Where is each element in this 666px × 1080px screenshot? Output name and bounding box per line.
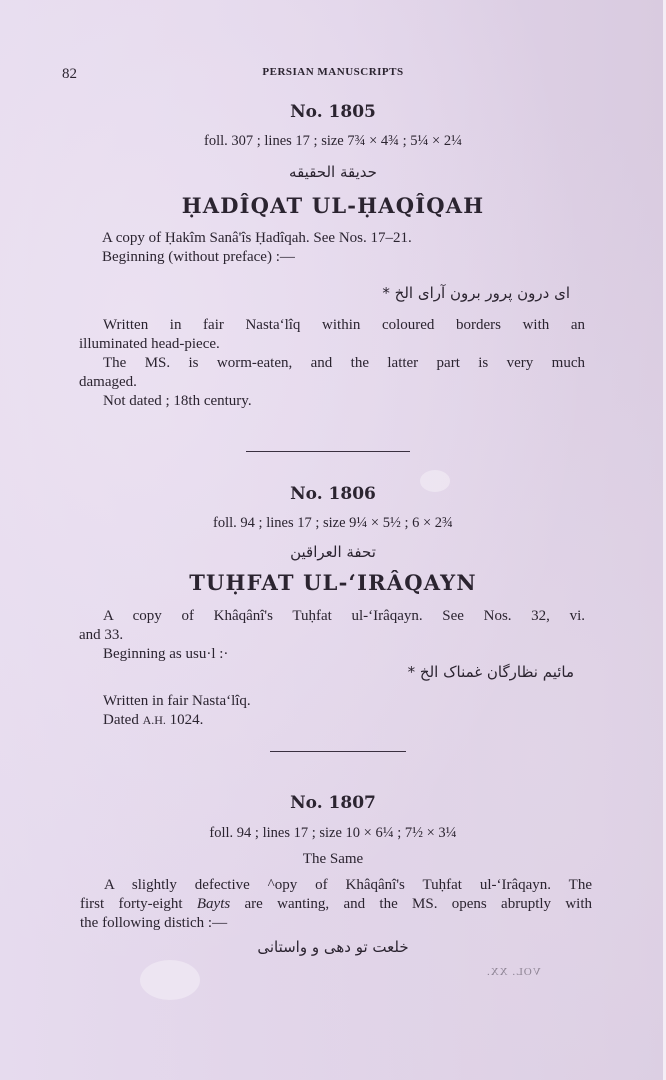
entry-arabic-title: حديقة الحقيقه bbox=[0, 163, 666, 181]
entry-title: ḤADÎQAT UL-ḤAQÎQAH bbox=[0, 193, 666, 218]
emphasis-bayts: Bayts bbox=[197, 896, 230, 912]
note-line: The MS. is worm-eaten, and the latter pa… bbox=[79, 354, 585, 373]
section-divider bbox=[270, 751, 406, 752]
description-line: A copy of Ḥakîm Sanâ'îs Ḥadîqah. See Nos… bbox=[102, 229, 582, 248]
description-line: Beginning (without preface) :— bbox=[102, 248, 582, 267]
date-label: Dated bbox=[103, 712, 139, 728]
note-line: illuminated head-piece. bbox=[79, 335, 585, 354]
description-line: first forty-eight Bayts are wanting, and… bbox=[80, 895, 592, 914]
entry-specs: foll. 94 ; lines 17 ; size 9¼ × 5½ ; 6 ×… bbox=[0, 515, 666, 532]
signature-mark: VOL. XX. bbox=[486, 966, 541, 978]
entry-number: No. 1807 bbox=[0, 793, 666, 813]
running-title: PERSIAN MANUSCRIPTS bbox=[0, 66, 666, 78]
entry-notes: Written in fair Nasta‘lîq within coloure… bbox=[79, 316, 585, 411]
description-line: and 33. bbox=[79, 626, 585, 645]
section-divider bbox=[246, 451, 410, 452]
opening-verse: ای درون پرور برون آرای الخ * bbox=[330, 284, 570, 302]
entry-notes: Written in fair Nasta‘lîq. Dated A.H. 10… bbox=[79, 692, 585, 730]
opening-verse: خلعت تو دهی و واستانی bbox=[0, 938, 666, 956]
entry-arabic-title: تحفة العراقين bbox=[0, 543, 666, 561]
description-line: A copy of Khâqânî's Tuḥfat ul-‘Irâqayn. … bbox=[79, 607, 585, 626]
text-fragment: are wanting, and the MS. opens abruptly … bbox=[230, 896, 592, 912]
entry-description: A slightly defective ^opy of Khâqânî's T… bbox=[80, 876, 592, 933]
date-year: 1024. bbox=[170, 712, 204, 728]
opening-verse: مائیم نظارگان غمناک الخ * bbox=[330, 663, 574, 681]
manuscript-page: 82 PERSIAN MANUSCRIPTS No. 1805 foll. 30… bbox=[0, 0, 666, 1080]
entry-description: A copy of Ḥakîm Sanâ'îs Ḥadîqah. See Nos… bbox=[102, 229, 582, 267]
paper-stain bbox=[140, 960, 200, 1000]
note-line: Dated A.H. 1024. bbox=[79, 711, 585, 730]
note-line: damaged. bbox=[79, 373, 585, 392]
era-abbreviation: A.H. bbox=[143, 713, 166, 727]
description-line: Beginning as usu·l :· bbox=[79, 645, 585, 664]
note-line: Written in fair Nasta‘lîq within coloure… bbox=[79, 316, 585, 335]
note-line: Not dated ; 18th century. bbox=[79, 392, 585, 411]
entry-title: TUḤFAT UL-‘IRÂQAYN bbox=[0, 570, 666, 595]
entry-specs: foll. 307 ; lines 17 ; size 7¾ × 4¾ ; 5¼… bbox=[0, 133, 666, 150]
entry-number: No. 1806 bbox=[0, 484, 666, 504]
entry-description: A copy of Khâqânî's Tuḥfat ul-‘Irâqayn. … bbox=[79, 607, 585, 664]
note-line: Written in fair Nasta‘lîq. bbox=[79, 692, 585, 711]
text-fragment: first forty-eight bbox=[80, 896, 197, 912]
entry-number: No. 1805 bbox=[0, 102, 666, 122]
description-line: A slightly defective ^opy of Khâqânî's T… bbox=[80, 876, 592, 895]
description-line: the following distich :— bbox=[80, 914, 592, 933]
entry-subtitle: The Same bbox=[0, 851, 666, 868]
entry-specs: foll. 94 ; lines 17 ; size 10 × 6¼ ; 7½ … bbox=[0, 825, 666, 842]
